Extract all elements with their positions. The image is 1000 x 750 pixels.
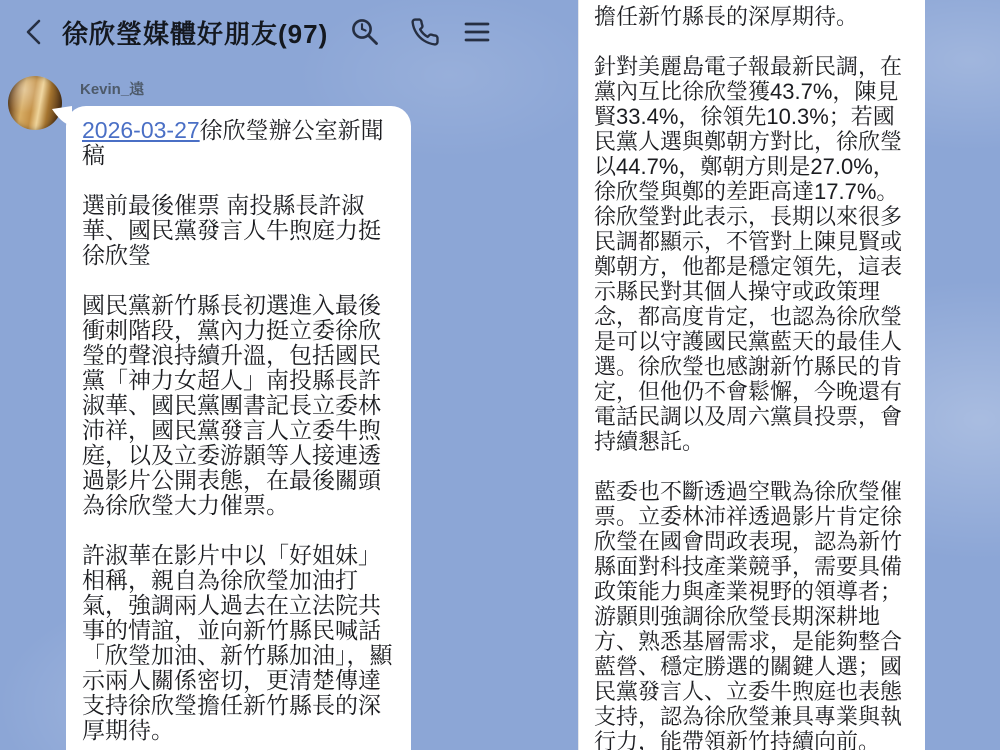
message-paragraph: 藍委也不斷透過空戰為徐欣瑩催票。立委林沛祥透過影片肯定徐欣瑩在國會問政表現，認為…	[594, 479, 911, 750]
hamburger-menu-icon	[461, 16, 493, 48]
message-paragraph: 擔任新竹縣長的深厚期待。	[594, 4, 911, 29]
message-paragraph: 許淑華在影片中以「好姐妹」相稱，親自為徐欣瑩加油打氣，強調兩人過去在立法院共事的…	[82, 543, 396, 743]
search-icon	[348, 15, 382, 49]
chat-header: 徐欣瑩媒體好朋友(97)	[0, 0, 578, 64]
phone-icon	[410, 17, 440, 47]
message-paragraph: 選前最後催票 南投縣長許淑華、國民黨發言人牛煦庭力挺徐欣瑩	[82, 193, 396, 268]
message-paragraph: 針對美麗島電子報最新民調，在黨內互比徐欣瑩獲43.7%，陳見賢33.4%，徐領先…	[594, 54, 911, 454]
search-button[interactable]	[348, 15, 382, 49]
chevron-left-icon	[23, 17, 47, 47]
message-headline: 2026-03-27徐欣瑩辦公室新聞稿	[82, 118, 396, 168]
back-button[interactable]	[20, 16, 50, 48]
menu-button[interactable]	[460, 15, 494, 49]
message-paragraph: 國民黨新竹縣長初選進入最後衝刺階段，黨內力挺立委徐欣瑩的聲浪持續升溫，包括國民黨…	[82, 293, 396, 518]
sender-name: Kevin_遠	[80, 78, 144, 99]
message-bubble-part2: 擔任新竹縣長的深厚期待。 針對美麗島電子報最新民調，在黨內互比徐欣瑩獲43.7%…	[578, 0, 925, 750]
date-link[interactable]: 2026-03-27	[82, 117, 200, 143]
message-bubble-part1: 2026-03-27徐欣瑩辦公室新聞稿 選前最後催票 南投縣長許淑華、國民黨發言…	[66, 106, 411, 750]
chat-title: 徐欣瑩媒體好朋友(97)	[62, 14, 328, 51]
call-button[interactable]	[408, 15, 442, 49]
